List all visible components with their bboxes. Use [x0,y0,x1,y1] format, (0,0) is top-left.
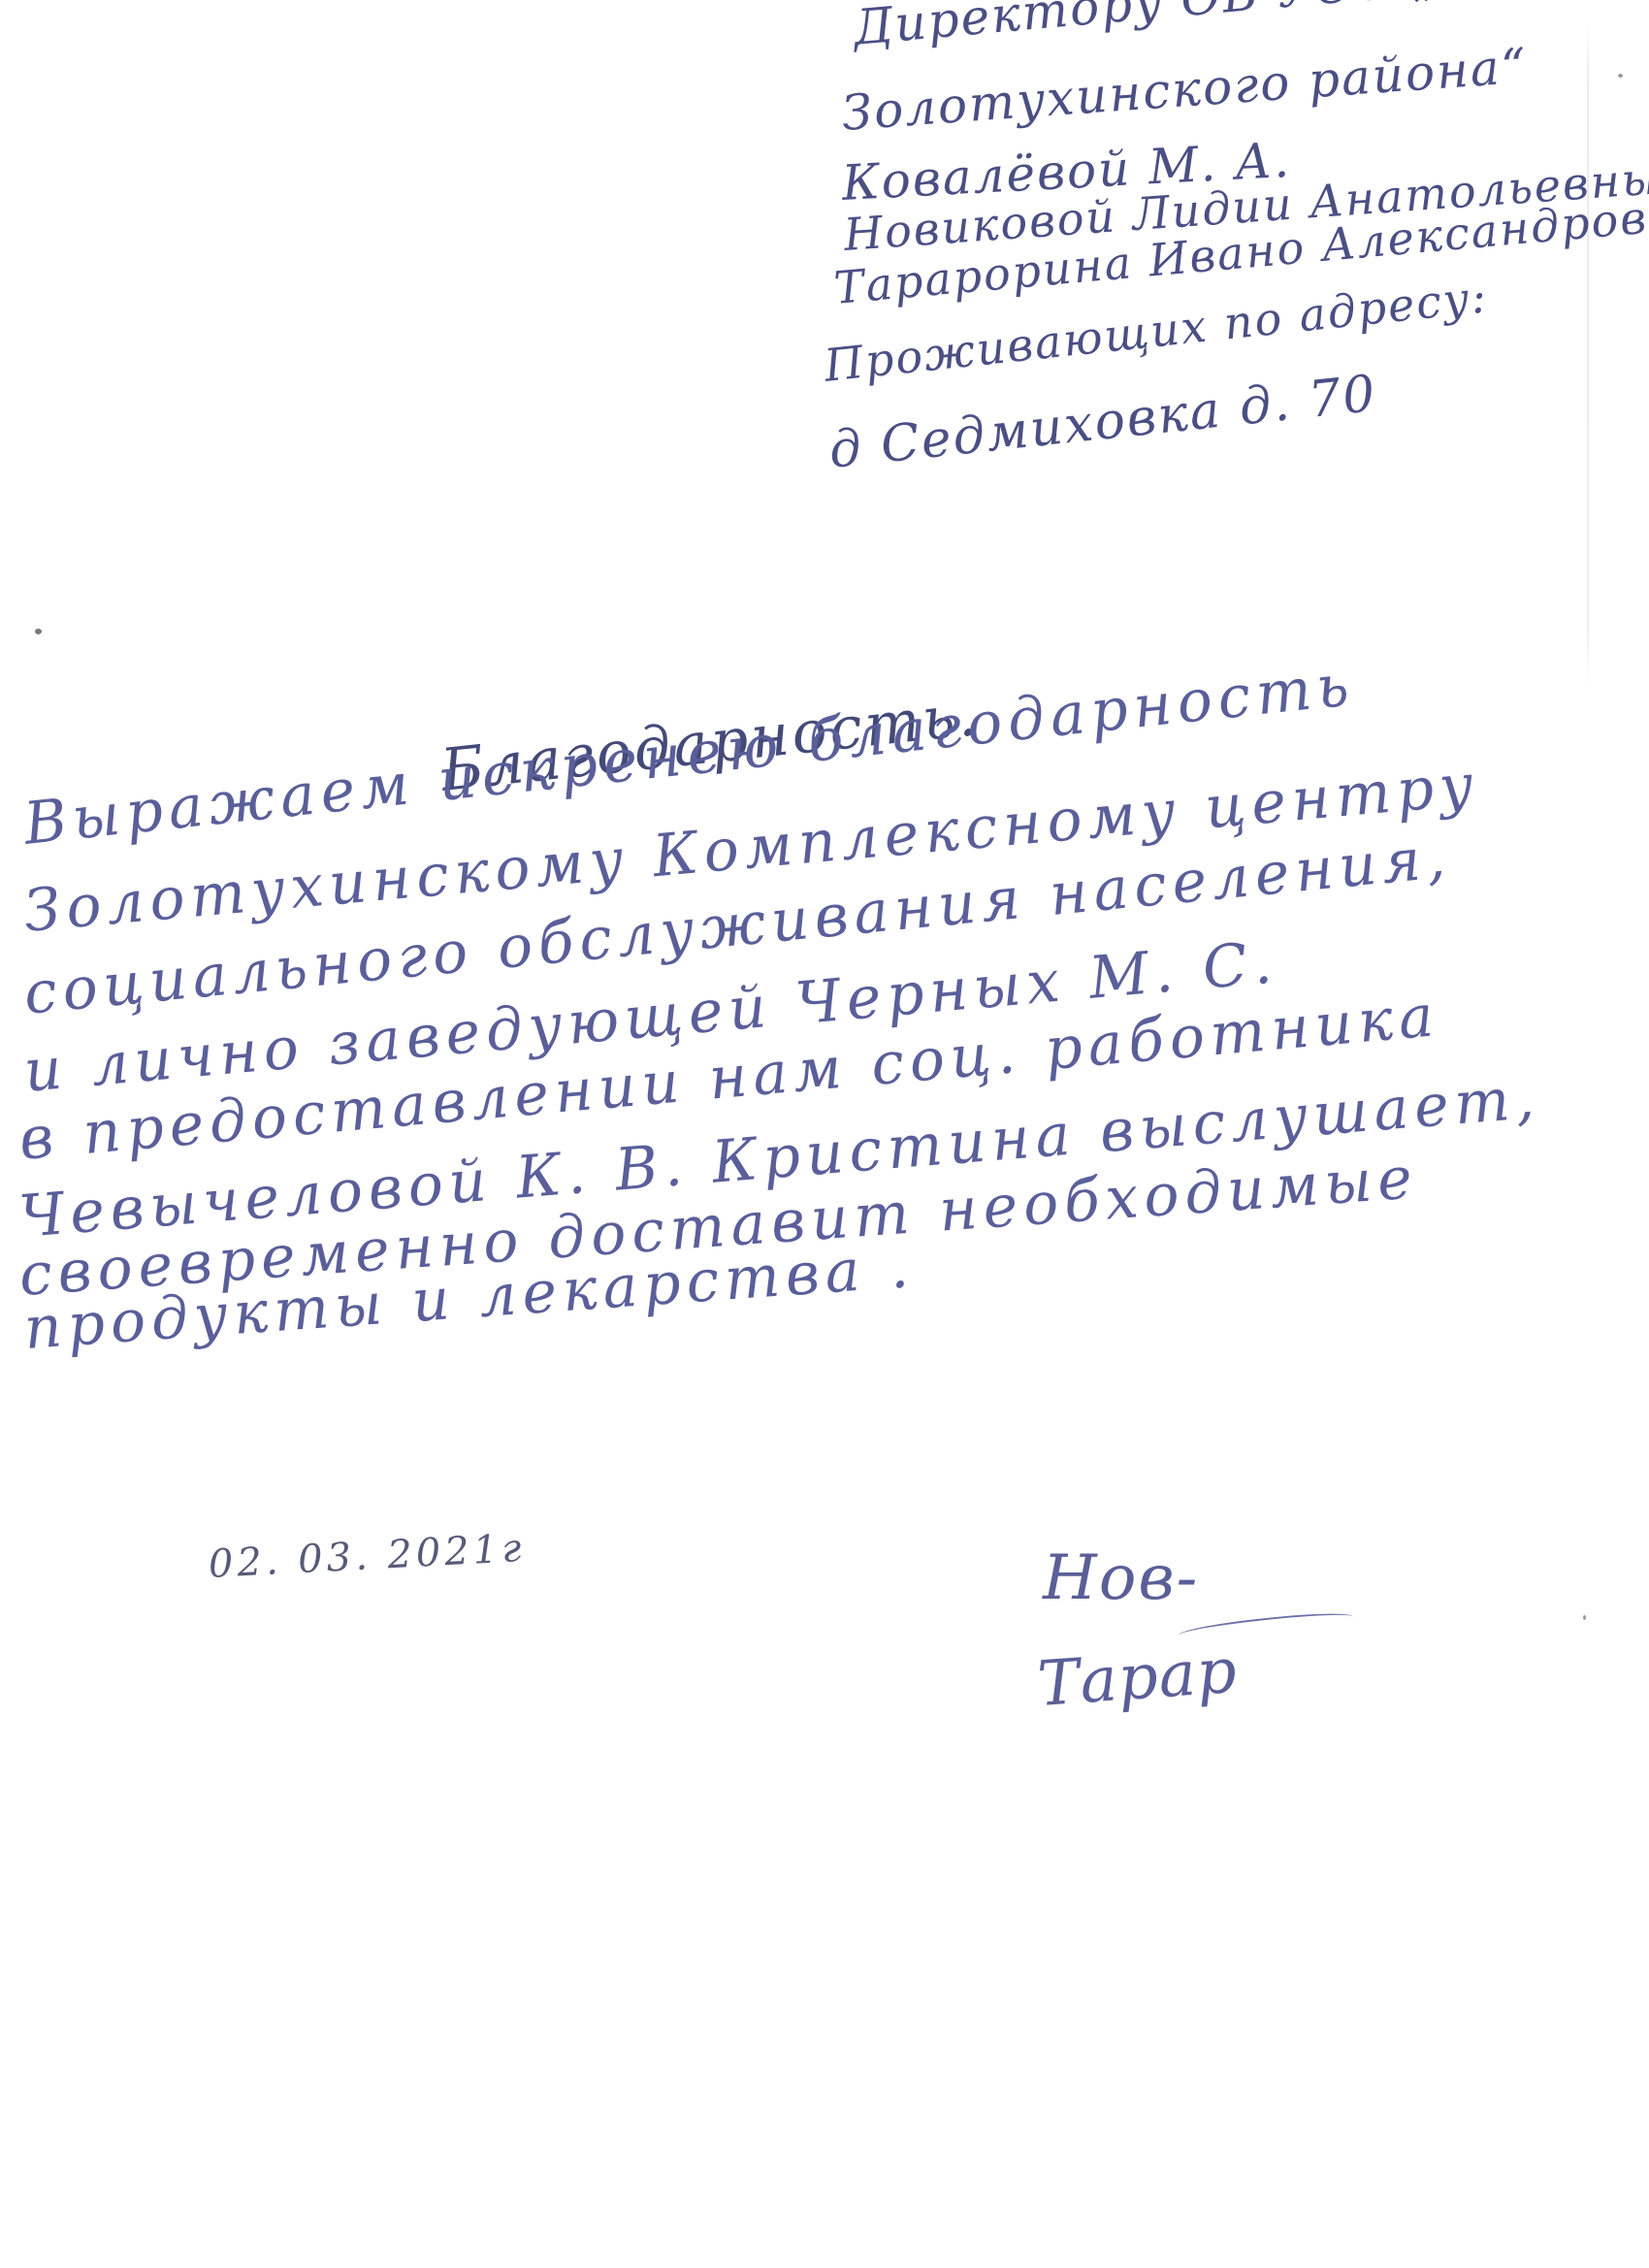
signature-novikova: Нов- [1043,1542,1199,1614]
signature-tararorin: Тарар [1035,1636,1240,1721]
scanner-edge-line [1587,19,1589,689]
ink-speck [35,629,42,634]
letter-date: 02. 03. 2021г [208,1526,527,1587]
addressee-line: Директору ОБ УСО „КЦСО Зе [851,0,1649,56]
ink-speck [1618,74,1623,78]
ink-speck [1583,1615,1586,1620]
addressee-line: Золотухинского района“ [840,38,1530,142]
scanned-letter-page: Директору ОБ УСО „КЦСО Зе Золотухинского… [0,0,1649,2268]
